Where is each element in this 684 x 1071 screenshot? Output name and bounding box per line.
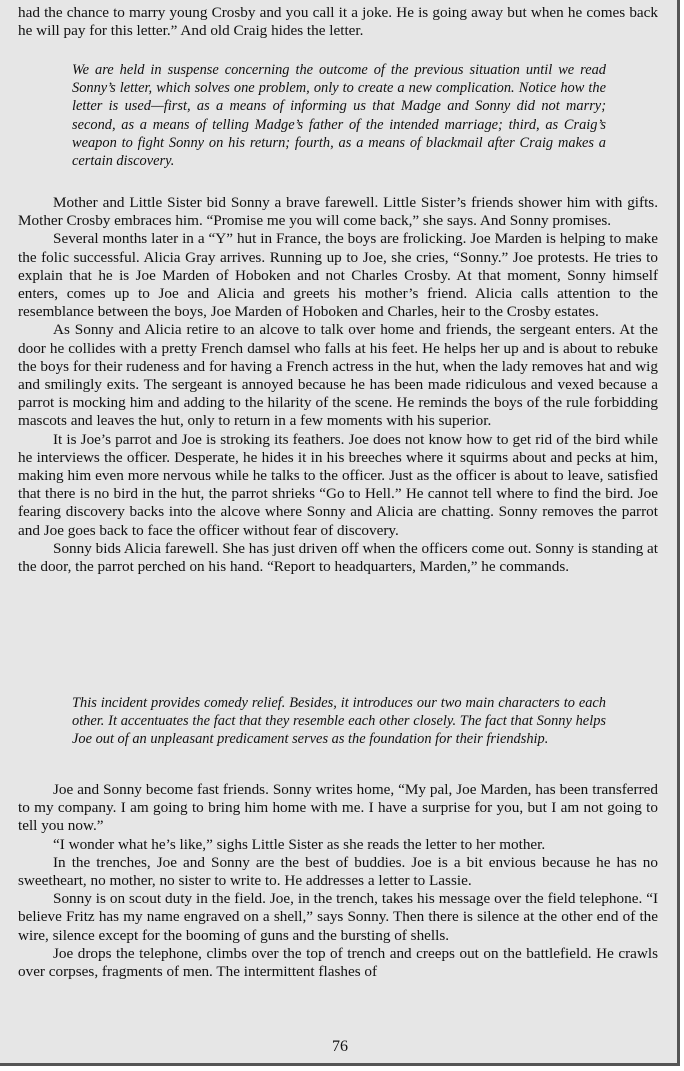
- paragraph: had the chance to marry young Crosby and…: [18, 4, 658, 40]
- paragraph: Several months later in a “Y” hut in Fra…: [18, 230, 658, 321]
- book-page: had the chance to marry young Crosby and…: [0, 0, 680, 1066]
- paragraph: In the trenches, Joe and Sonny are the b…: [18, 854, 658, 890]
- text-block-middle: Mother and Little Sister bid Sonny a bra…: [18, 194, 658, 576]
- paragraph: Joe drops the telephone, climbs over the…: [18, 945, 658, 981]
- italic-commentary-2: This incident provides comedy relief. Be…: [72, 694, 606, 749]
- paragraph: “I wonder what he’s like,” sighs Little …: [18, 836, 658, 854]
- text-block-closing: Joe and Sonny become fast friends. Sonny…: [18, 781, 658, 981]
- paragraph: Mother and Little Sister bid Sonny a bra…: [18, 194, 658, 230]
- commentary-text: This incident provides comedy relief. Be…: [72, 694, 606, 749]
- page-number: 76: [0, 1038, 680, 1056]
- italic-commentary-1: We are held in suspense concerning the o…: [72, 61, 606, 170]
- paragraph: Sonny is on scout duty in the field. Joe…: [18, 890, 658, 945]
- paragraph: It is Joe’s parrot and Joe is stroking i…: [18, 431, 658, 540]
- paragraph: Joe and Sonny become fast friends. Sonny…: [18, 781, 658, 836]
- commentary-text: We are held in suspense concerning the o…: [72, 61, 606, 170]
- paragraph: As Sonny and Alicia retire to an alcove …: [18, 321, 658, 430]
- paragraph: Sonny bids Alicia farewell. She has just…: [18, 540, 658, 576]
- text-block-opening: had the chance to marry young Crosby and…: [18, 4, 658, 40]
